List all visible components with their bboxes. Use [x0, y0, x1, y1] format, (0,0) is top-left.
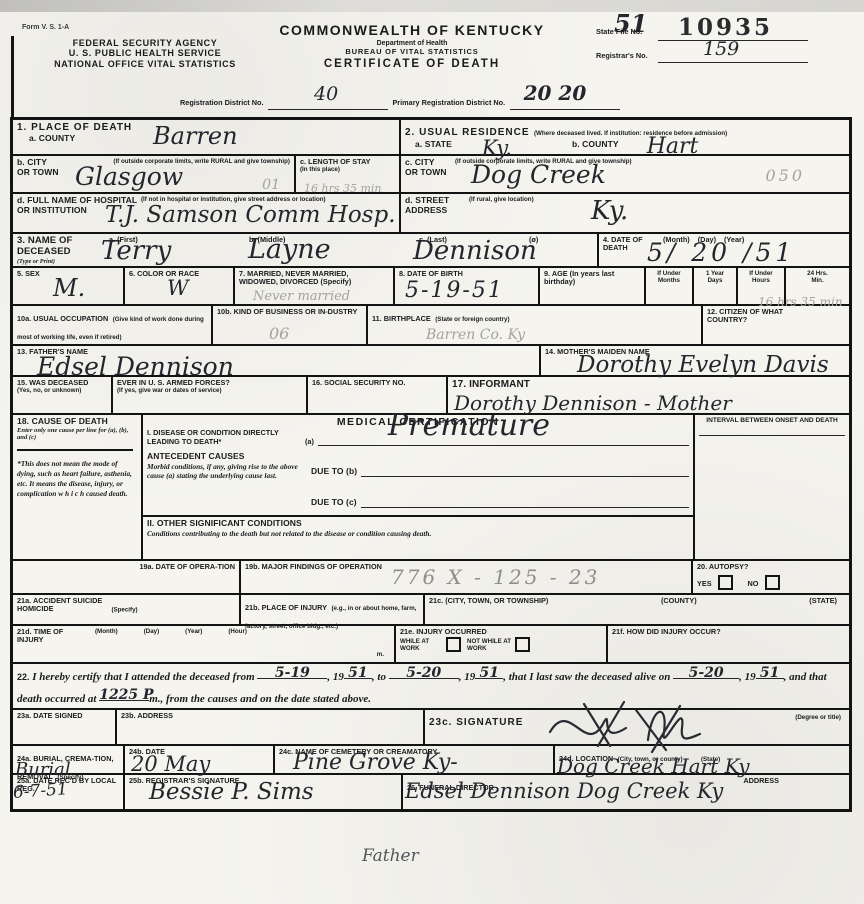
not-while-at-work-label: NOT WHILE AT WORK: [467, 638, 513, 652]
industry-cell: 10b. KIND OF BUSINESS OR IN-DUSTRY 06: [213, 306, 368, 344]
title-block: COMMONWEALTH OF KENTUCKY Department of H…: [252, 22, 572, 70]
reg-district-value: 40: [314, 85, 338, 104]
residence-city-cell: c. CITY OR TOWN (If outside corporate li…: [401, 156, 849, 192]
street-address-note: (If rural, give location): [469, 196, 534, 216]
father-name-cell: 13. FATHER'S NAME Edsel Dennison: [13, 346, 541, 375]
autopsy-cell: 20. AUTOPSY? YES NO: [693, 561, 849, 593]
autopsy-no-label: NO: [748, 579, 759, 588]
state-file-number: 10935: [678, 14, 773, 41]
age-label-cell: 9. AGE (In years last birthday): [540, 268, 646, 304]
armed-forces-label2: EVER IN U. S. ARMED FORCES?: [117, 379, 302, 387]
major-findings-value: 776 X - 125 - 23: [391, 567, 600, 587]
attended-to-year: 51: [479, 665, 498, 681]
name-note: (Type or Print): [17, 258, 109, 265]
state-file-label: State File No.: [596, 28, 642, 36]
accident-suicide-cell: 21a. ACCIDENT SUICIDE HOMICIDE (Specify): [13, 595, 241, 624]
autopsy-no-checkbox: [765, 575, 780, 590]
sex-cell: 5. SEX M.: [13, 268, 125, 304]
cemetery-cell: 24c. NAME OF CEMETERY OR CREAMATORY Pine…: [275, 746, 555, 773]
funeral-director-value: Edsel Dennison Dog Creek Ky: [405, 781, 723, 802]
age-min-cell: 24 Hrs. Min. 16 hrs 35 min: [786, 268, 849, 304]
certification-divider: [143, 515, 693, 517]
alive-on-value: 5-20: [689, 665, 724, 681]
bureau-line: BUREAU OF VITAL STATISTICS: [252, 47, 572, 56]
alive-on-year: 51: [760, 665, 779, 681]
morbid-note: Morbid conditions, if any, giving rise t…: [147, 462, 305, 512]
medical-certification-cell: MEDICAL CERTIFICATION I. DISEASE OR COND…: [143, 415, 695, 559]
race-cell: 6. COLOR OR RACE W: [125, 268, 235, 304]
dob-value: 5-19-51: [405, 280, 504, 302]
street-address-cell: d. STREET ADDRESS (If rural, give locati…: [401, 194, 849, 232]
age-col4-top: 24 Hrs.: [790, 270, 845, 277]
file-number-block: 51 State File No. 10935 Registrar's No. …: [596, 18, 846, 66]
certificate-title: CERTIFICATE OF DEATH: [252, 58, 572, 70]
armed-forces-q-cell: 15. WAS DECEASED (Yes, no, or unknown): [13, 377, 113, 413]
signature-label: 23c. SIGNATURE: [429, 717, 523, 728]
interval-line: [699, 435, 845, 436]
industry-label: 10b. KIND OF BUSINESS OR IN-DUSTRY: [217, 308, 362, 316]
name-title: 3. NAME OF DECEASED: [17, 236, 109, 258]
cause-a-tag: (a): [305, 438, 314, 446]
how-injury-label: 21f. HOW DID INJURY OCCUR?: [612, 628, 845, 636]
cause-note1: Enter only one cause per line for (a), (…: [17, 427, 137, 441]
street-address-value: Ky.: [591, 198, 628, 224]
industry-value: 06: [269, 326, 289, 342]
age-col1-bottom: Months: [650, 277, 688, 284]
length-of-stay-note: (In this place): [300, 166, 395, 173]
statement-text-2: , that I last saw the deceased: [503, 671, 632, 683]
disease-condition-label: I. DISEASE OR CONDITION DIRECTLY LEADING…: [147, 429, 305, 446]
injury-county-label: (COUNTY): [661, 597, 697, 605]
usual-residence-cell: 2. USUAL RESIDENCE (Where deceased lived…: [401, 120, 849, 154]
length-of-stay-label: c. LENGTH OF STAY: [300, 158, 395, 166]
physician-address-label: 23b. ADDRESS: [121, 712, 419, 720]
date-of-operation-label: 19a. DATE OF OPERA-TION: [17, 563, 235, 571]
not-while-at-work-checkbox: [515, 637, 530, 652]
marital-value: Never married: [253, 290, 350, 303]
date-signed-cell: 23a. DATE SIGNED: [13, 710, 117, 744]
birthplace-cell: 11. BIRTHPLACE (State or foreign country…: [368, 306, 703, 344]
age-months-cell: If Under Months: [646, 268, 694, 304]
statement-19a: , 19: [327, 671, 344, 683]
death-certificate-scan: Form V. S. 1-A FEDERAL SECURITY AGENCY U…: [0, 0, 864, 904]
place-of-injury-label: 21b. PLACE OF INJURY: [245, 603, 327, 612]
city-of-death-cell: b. CITY OR TOWN (If outside corporate li…: [13, 156, 296, 192]
first-name-value: Terry: [101, 238, 171, 264]
injury-state-label: (STATE): [809, 597, 837, 605]
statement-text-5: m., from the causes and on the date stat…: [149, 693, 371, 705]
physician-signature-scrawl: [540, 688, 740, 778]
statement-19c: , 19: [739, 671, 756, 683]
length-of-stay-value: 16 hrs 35 min: [304, 183, 382, 194]
interval-label: INTERVAL BETWEEN ONSET AND DEATH: [699, 417, 845, 425]
sex-value: M.: [53, 276, 85, 300]
autopsy-label: 20. AUTOPSY?: [697, 563, 845, 571]
agency-line-1: FEDERAL SECURITY AGENCY: [30, 38, 260, 48]
last-name-value: Dennison: [413, 238, 537, 264]
registrar-no-label: Registrar's No.: [596, 52, 648, 60]
hospital-value: T.J. Samson Comm Hosp.: [105, 204, 396, 227]
death-time-value: 1225 P: [99, 687, 153, 703]
age-col4-bottom: Min.: [790, 277, 845, 284]
attended-to-value: 5-20: [406, 665, 441, 681]
age-col2-bottom: Days: [698, 277, 732, 284]
statement-19b: , 19: [459, 671, 476, 683]
marital-label: 7. MARRIED, NEVER MARRIED, WIDOWED, DIVO…: [239, 270, 389, 287]
age-label: 9. AGE (In years last birthday): [544, 270, 640, 287]
date-of-death-value: 5/ 20 /51: [647, 240, 795, 265]
statement-number: 22.: [17, 672, 30, 682]
street-address-label: d. STREET ADDRESS: [405, 196, 461, 216]
antecedent-label: ANTECEDENT CAUSES: [147, 452, 689, 462]
primary-district-label: Primary Registration District No.: [392, 98, 505, 107]
burial-date-cell: 24b. DATE 20 May: [125, 746, 275, 773]
marital-status-cell: 7. MARRIED, NEVER MARRIED, WIDOWED, DIVO…: [235, 268, 395, 304]
injury-occurred-cell: 21e. INJURY OCCURRED WHILE AT WORK NOT W…: [396, 626, 608, 662]
burial-date-value: 20 May: [131, 754, 210, 775]
injury-location-cell: 21c. (CITY, TOWN, OR TOWNSHIP) (COUNTY) …: [425, 595, 849, 624]
cause-a-value: Premature: [388, 411, 550, 441]
armed-forces-detail-cell: EVER IN U. S. ARMED FORCES? (If yes, giv…: [113, 377, 308, 413]
major-findings-cell: 19b. MAJOR FINDINGS OF OPERATION 776 X -…: [241, 561, 693, 593]
injury-city-label: 21c. (CITY, TOWN, OR TOWNSHIP): [429, 597, 548, 605]
date-received-value: 6-7-51: [12, 781, 68, 802]
registrar-signature-value: Bessie P. Sims: [149, 781, 314, 804]
due-to-c-line: [361, 495, 689, 508]
time-of-injury-cell: 21d. TIME OF INJURY (Month) (Day) (Year)…: [13, 626, 396, 662]
age-col3-bottom: Hours: [742, 277, 780, 284]
registrar-no-value: 159: [703, 40, 739, 59]
due-to-b-label: DUE TO (b): [311, 467, 357, 477]
attended-from-value: 5-19: [275, 665, 310, 681]
agency-line-2: U. S. PUBLIC HEALTH SERVICE: [30, 48, 260, 58]
reg-district-label: Registration District No.: [180, 98, 264, 107]
city-of-death-code: 01: [262, 178, 280, 192]
armed-forces-note1: (Yes, no, or unknown): [17, 387, 107, 394]
time-of-injury-label: 21d. TIME OF INJURY: [17, 628, 69, 645]
place-of-injury-cell: 21b. PLACE OF INJURY (e.g., in or about …: [241, 595, 425, 624]
cemetery-value: Pine Grove Ky-: [293, 752, 458, 774]
name-of-deceased-cell: 3. NAME OF DECEASED (Type or Print) a. (…: [13, 234, 599, 266]
other-conditions-label: II. OTHER SIGNIFICANT CONDITIONS: [147, 519, 689, 529]
citizen-cell: 12. CITIZEN OF WHAT COUNTRY?: [703, 306, 849, 344]
birthplace-value: Barren Co. Ky: [426, 328, 525, 342]
cause-title: 18. CAUSE OF DEATH: [17, 417, 137, 427]
middle-name-value: Layne: [248, 236, 331, 263]
length-of-stay-cell: c. LENGTH OF STAY (In this place) 16 hrs…: [296, 156, 401, 192]
date-of-operation-cell: 19a. DATE OF OPERA-TION: [13, 561, 241, 593]
how-injury-occurred-cell: 21f. HOW DID INJURY OCCUR?: [608, 626, 849, 662]
form-number: Form V. S. 1-A: [22, 24, 69, 31]
other-conditions-note: Conditions contributing to the death but…: [147, 529, 689, 538]
toi-m: m.: [377, 651, 384, 658]
cause-of-death-sidebar: 18. CAUSE OF DEATH Enter only one cause …: [13, 415, 143, 559]
birthplace-label: 11. BIRTHPLACE: [372, 314, 431, 323]
mother-name-cell: 14. MOTHER'S MAIDEN NAME Dorothy Evelyn …: [541, 346, 849, 375]
county-value: Barren: [153, 124, 238, 148]
age-days-cell: 1 Year Days: [694, 268, 738, 304]
accident-note: (Specify): [111, 606, 137, 613]
attended-from-year: 51: [348, 665, 367, 681]
registrar-signature-cell: 25b. REGISTRAR'S SIGNATURE Bessie P. Sim…: [125, 775, 403, 809]
date-of-death-cell: 4. DATE OF DEATH (Month) (Day) (Year) 5/…: [599, 234, 849, 266]
residence-city-label: c. CITY OR TOWN: [405, 158, 449, 178]
birthplace-note: (State or foreign country): [435, 316, 509, 323]
hospital-name-cell: d. FULL NAME OF HOSPITAL OR INSTITUTION …: [13, 194, 401, 232]
funeral-director-address-label: ADDRESS: [743, 777, 779, 785]
occupation-label: 10a. USUAL OCCUPATION: [17, 314, 108, 323]
date-received-cell: 25a. DATE REC'D BY LOCAL REG. 6-7-51: [13, 775, 125, 809]
accident-label: 21a. ACCIDENT SUICIDE HOMICIDE: [17, 597, 107, 614]
primary-district-value: 20 20: [524, 83, 587, 103]
burial-cell: 24a. BURIAL, CREMA-TION, REMOVAL (Specif…: [13, 746, 125, 773]
father-value: Edsel Dennison: [37, 354, 234, 379]
age-col2-top: 1 Year: [698, 270, 732, 277]
department-line: Department of Health: [252, 40, 572, 47]
injury-occurred-label: 21e. INJURY OCCURRED: [400, 628, 602, 636]
interval-cell: INTERVAL BETWEEN ONSET AND DEATH: [695, 415, 849, 559]
armed-forces-note2: (If yes, give war or dates of service): [117, 387, 302, 394]
occupation-cell: 10a. USUAL OCCUPATION (Give kind of work…: [13, 306, 213, 344]
informant-label: 17. INFORMANT: [452, 379, 845, 391]
residence-city-value: Dog Creek: [471, 162, 606, 187]
residence-city-code: 050: [765, 168, 805, 184]
father-notation: Father: [362, 848, 419, 865]
while-at-work-label: WHILE AT WORK: [400, 638, 444, 652]
while-at-work-checkbox: [446, 637, 461, 652]
date-of-birth-cell: 8. DATE OF BIRTH 5-19-51: [395, 268, 540, 304]
place-of-death-county-cell: 1. PLACE OF DEATH a. COUNTY Barren: [13, 120, 401, 154]
commonwealth-title: COMMONWEALTH OF KENTUCKY: [252, 22, 572, 38]
toi-year: (Year): [185, 628, 202, 645]
funeral-director-cell: 26. FUNERAL DIRECTOR ADDRESS Edsel Denni…: [403, 775, 849, 809]
age-col1-top: If Under: [650, 270, 688, 277]
autopsy-yes-checkbox: [718, 575, 733, 590]
physician-address-cell: 23b. ADDRESS: [117, 710, 425, 744]
degree-title-label: (Degree or title): [795, 714, 841, 721]
due-to-b-line: [361, 464, 689, 477]
autopsy-yes-label: YES: [697, 579, 712, 588]
armed-forces-label: 15. WAS DECEASED: [17, 379, 107, 387]
registration-district-line: Registration District No. 40 Primary Reg…: [180, 92, 740, 110]
statement-text-3: alive on: [635, 671, 671, 683]
ssn-label: 16. SOCIAL SECURITY NO.: [312, 379, 442, 387]
statement-text-1: I hereby certify that I attended the dec…: [32, 671, 254, 683]
agency-block: FEDERAL SECURITY AGENCY U. S. PUBLIC HEA…: [30, 38, 260, 69]
cause-note2: *This does not mean the mode of dying, s…: [17, 459, 137, 499]
date-signed-label: 23a. DATE SIGNED: [17, 712, 111, 720]
city-of-death-value: Glasgow: [75, 164, 183, 189]
mother-value: Dorothy Evelyn Davis: [577, 354, 829, 377]
toi-hour: (Hour): [228, 628, 247, 645]
city-or-town-label: b. CITY OR TOWN: [17, 158, 61, 178]
toi-day: (Day): [144, 628, 159, 645]
agency-line-3: NATIONAL OFFICE VITAL STATISTICS: [30, 59, 260, 69]
statement-to: , to: [372, 671, 386, 683]
form-left-border: [11, 36, 14, 118]
race-value: W: [167, 278, 189, 299]
toi-month: (Month): [95, 628, 118, 645]
sidebar-divider: [17, 449, 133, 451]
due-to-c-label: DUE TO (c): [311, 498, 357, 508]
age-col3-top: If Under: [742, 270, 780, 277]
scan-edge-artifact: [0, 0, 864, 12]
citizen-label: 12. CITIZEN OF WHAT COUNTRY?: [707, 308, 797, 325]
